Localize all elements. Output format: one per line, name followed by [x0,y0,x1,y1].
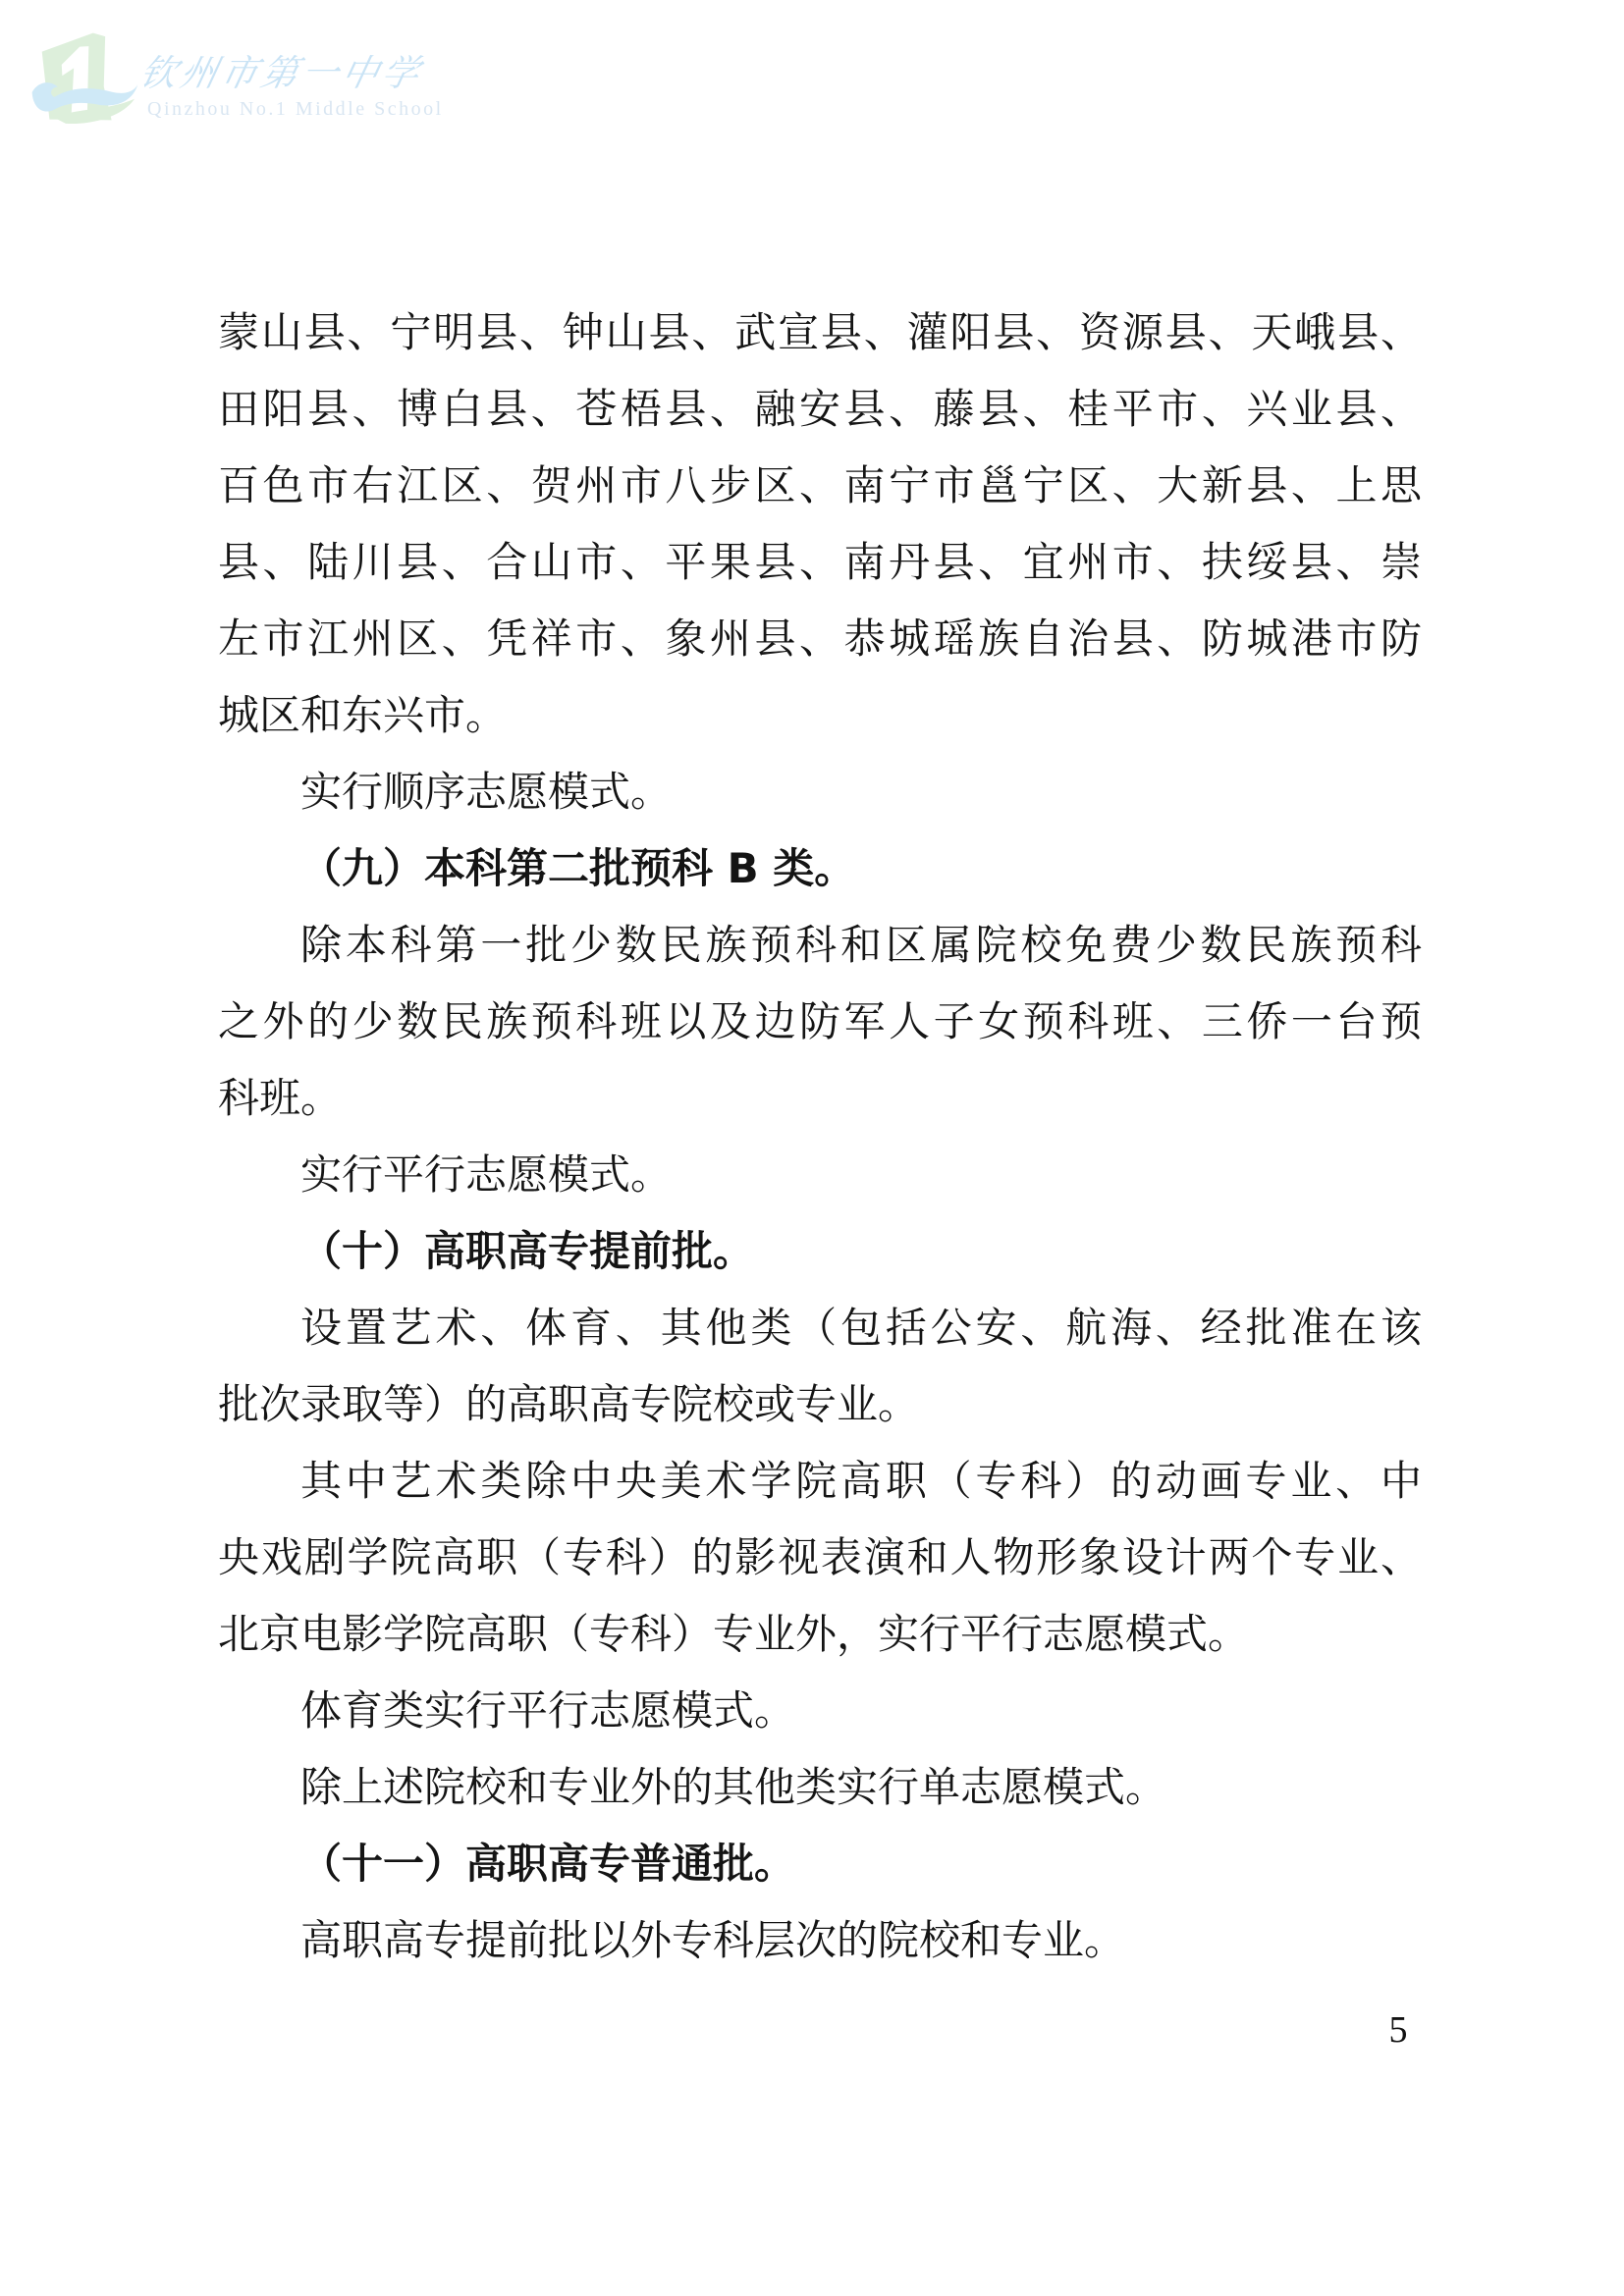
text-line: 其中艺术类除中央美术学院高职（专科）的动画专业、中 [218,1443,1422,1520]
text-line: （十一）高职高专普通批。 [218,1826,1422,1902]
text-line: 城区和东兴市。 [218,677,1422,754]
text-line: 批次录取等）的高职高专院校或专业。 [218,1366,1422,1443]
text-line: 蒙山县、宁明县、钟山县、武宣县、灌阳县、资源县、天峨县、 [218,294,1422,371]
text-line: （十）高职高专提前批。 [218,1213,1422,1290]
school-name-en: Qinzhou No.1 Middle School [147,98,444,121]
text-line: 之外的少数民族预科班以及边防军人子女预科班、三侨一台预 [218,984,1422,1060]
document-page: 钦州市第一中学 Qinzhou No.1 Middle School 蒙山县、宁… [0,0,1624,2296]
text-line: 北京电影学院高职（专科）专业外，实行平行志愿模式。 [218,1596,1422,1673]
document-body: 蒙山县、宁明县、钟山县、武宣县、灌阳县、资源县、天峨县、田阳县、博白县、苍梧县、… [218,294,1422,1979]
text-line: （九）本科第二批预科 B 类。 [218,830,1422,907]
text-line: 体育类实行平行志愿模式。 [218,1673,1422,1749]
school-name-zh: 钦州市第一中学 [135,43,441,96]
text-line: 实行顺序志愿模式。 [218,754,1422,830]
school-logo: 钦州市第一中学 Qinzhou No.1 Middle School [27,18,440,135]
text-line: 百色市右江区、贺州市八步区、南宁市邕宁区、大新县、上思 [218,448,1422,524]
text-line: 左市江州区、凭祥市、象州县、恭城瑶族自治县、防城港市防 [218,601,1422,677]
text-line: 高职高专提前批以外专科层次的院校和专业。 [218,1902,1422,1979]
school-logo-icon [27,27,141,133]
text-line: 科班。 [218,1060,1422,1137]
text-line: 央戏剧学院高职（专科）的影视表演和人物形象设计两个专业、 [218,1520,1422,1596]
text-line: 田阳县、博白县、苍梧县、融安县、藤县、桂平市、兴业县、 [218,371,1422,448]
page-number: 5 [1377,2008,1420,2052]
text-line: 除本科第一批少数民族预科和区属院校免费少数民族预科 [218,907,1422,984]
text-line: 除上述院校和专业外的其他类实行单志愿模式。 [218,1749,1422,1826]
text-line: 设置艺术、体育、其他类（包括公安、航海、经批准在该 [218,1290,1422,1366]
text-line: 县、陆川县、合山市、平果县、南丹县、宜州市、扶绥县、崇 [218,524,1422,601]
text-line: 实行平行志愿模式。 [218,1137,1422,1213]
